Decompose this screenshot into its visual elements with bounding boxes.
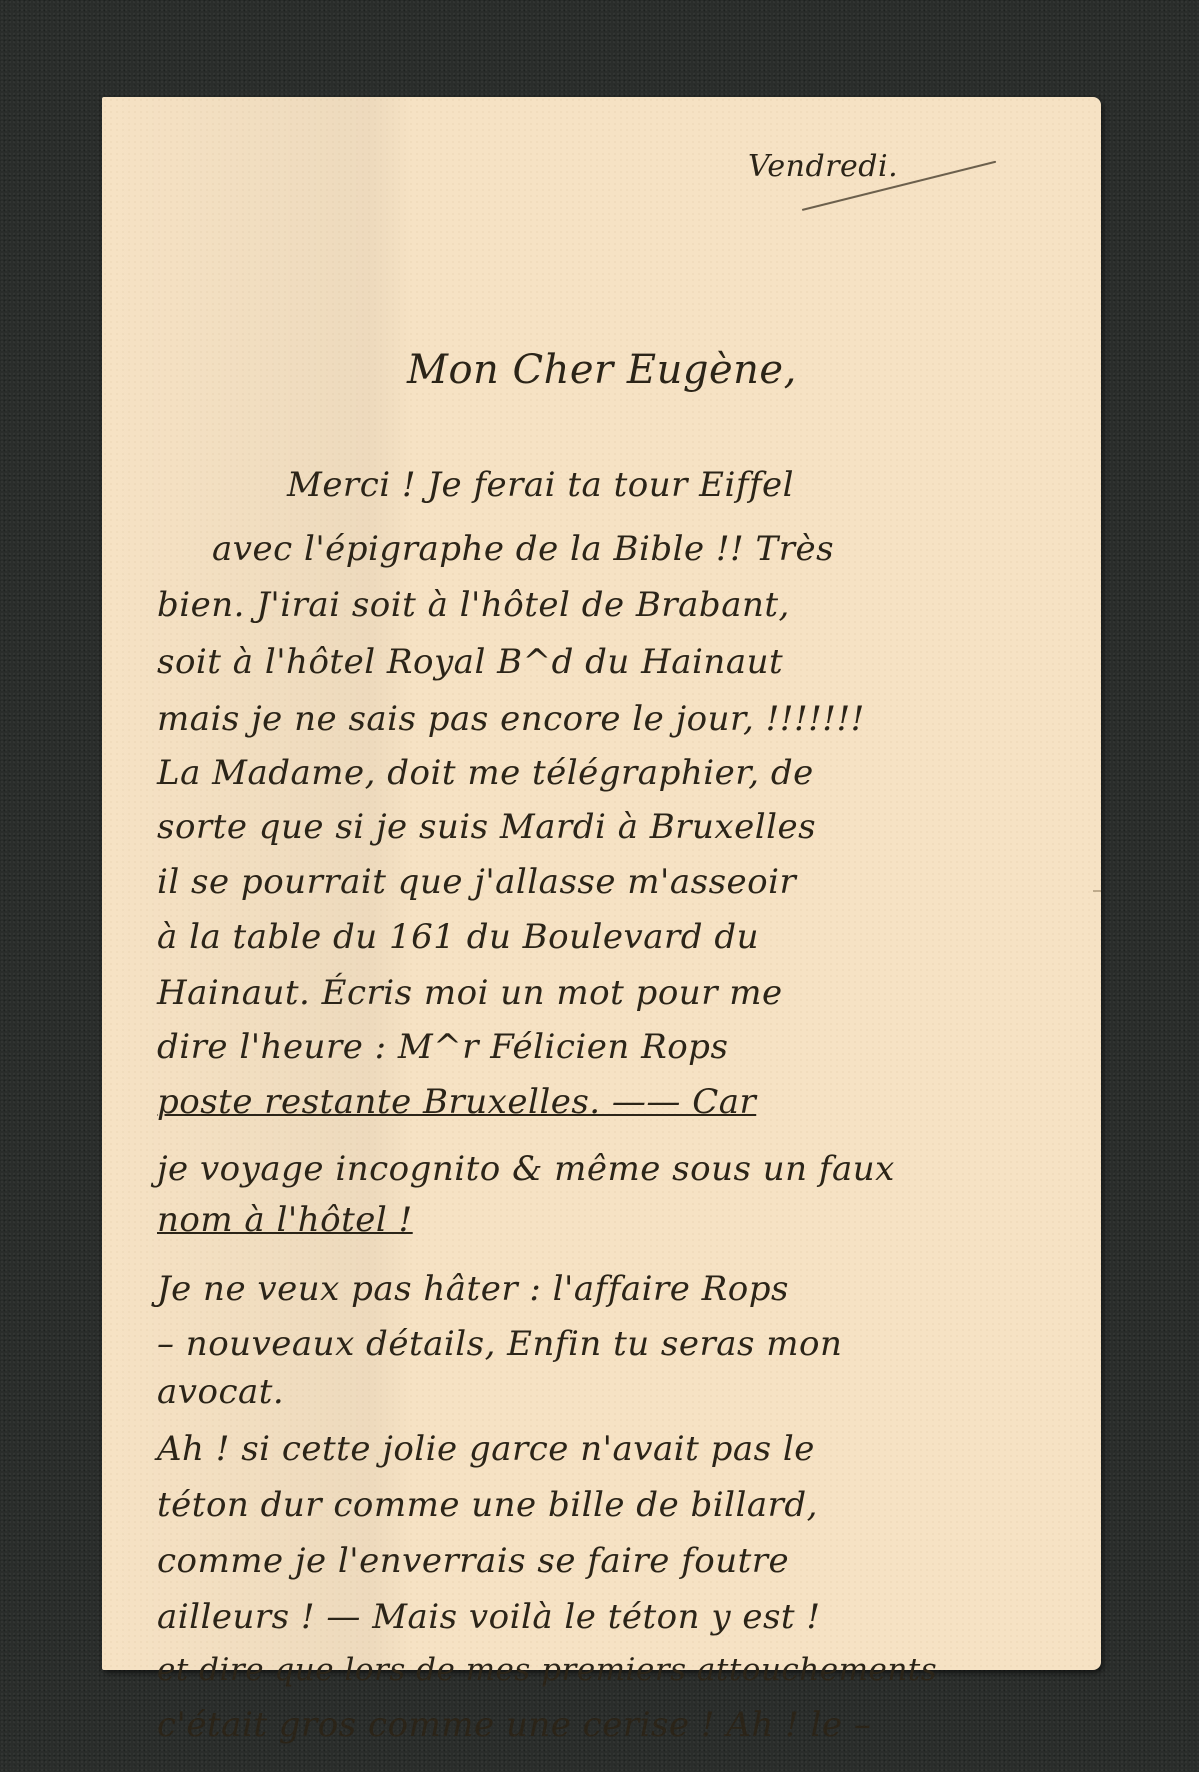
letter-line: Hainaut. Écris moi un mot pour me xyxy=(157,973,783,1013)
letter-line: La Madame, doit me télégraphier, de xyxy=(157,753,814,793)
letter-line: Ah ! si cette jolie garce n'avait pas le xyxy=(157,1429,815,1469)
letter-page: Vendredi. Mon Cher Eugène, Merci ! Je fe… xyxy=(102,97,1101,1670)
letter-line: comme je l'enverrais se faire foutre xyxy=(157,1541,789,1581)
letter-line: bien. J'irai soit à l'hôtel de Brabant, xyxy=(157,585,790,625)
letter-line: à la table du 161 du Boulevard du xyxy=(157,917,759,957)
letter-line: et dire que lors de mes premiers attouch… xyxy=(157,1652,937,1688)
letter-line: Je ne veux pas hâter : l'affaire Rops xyxy=(157,1269,789,1309)
salutation: Mon Cher Eugène, xyxy=(407,347,797,393)
letter-line: soit à l'hôtel Royal B^d du Hainaut xyxy=(157,642,783,682)
date-line: Vendredi. xyxy=(748,149,898,184)
letter-line: je voyage incognito & même sous un faux xyxy=(157,1149,895,1189)
fold-crease xyxy=(1093,890,1101,892)
letter-line: avocat. xyxy=(157,1372,284,1412)
letter-line: c'était gros comme une cerise ! Ah ! le … xyxy=(157,1705,871,1745)
letter-line: téton dur comme une bille de billard, xyxy=(157,1485,818,1525)
letter-line: mais je ne sais pas encore le jour, !!!!… xyxy=(157,699,865,739)
letter-line: poste restante Bruxelles. —— Car xyxy=(157,1082,756,1122)
letter-line: Merci ! Je ferai ta tour Eiffel xyxy=(287,465,794,505)
letter-line: sorte que si je suis Mardi à Bruxelles xyxy=(157,807,816,847)
letter-line: nom à l'hôtel ! xyxy=(157,1200,413,1240)
letter-line: avec l'épigraphe de la Bible !! Très xyxy=(212,529,834,569)
letter-line: – nouveaux détails, Enfin tu seras mon xyxy=(157,1324,842,1364)
letter-line: dire l'heure : M^r Félicien Rops xyxy=(157,1027,728,1067)
letter-line: ailleurs ! — Mais voilà le téton y est ! xyxy=(157,1597,821,1637)
letter-line: il se pourrait que j'allasse m'asseoir xyxy=(157,862,796,902)
